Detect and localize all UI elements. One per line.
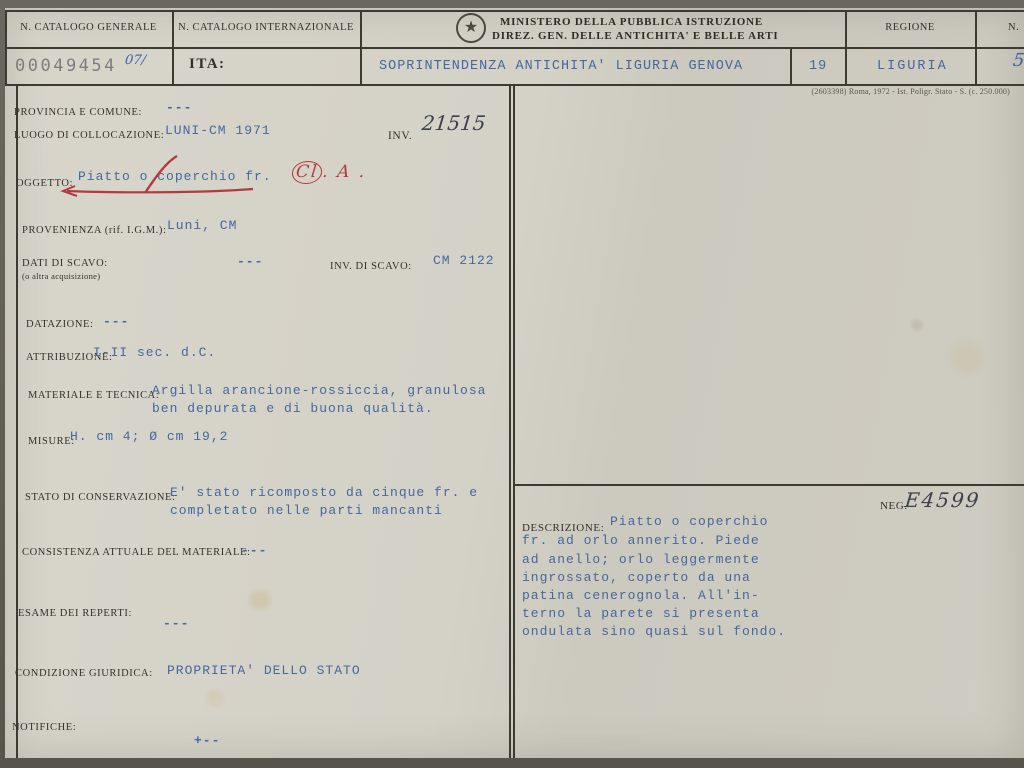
attribuzione-value: I-II sec. d.C. <box>93 345 216 360</box>
center-fold-rule-right <box>513 84 515 758</box>
datazione-label: DATAZIONE: <box>26 319 94 330</box>
red-pen-underline-and-slash <box>53 153 303 201</box>
luogo-label: LUOGO DI COLLOCAZIONE: <box>14 130 164 141</box>
dati-scavo-value: --- <box>237 254 263 269</box>
catalogo-generale-number-suffix: 07/ <box>124 53 146 68</box>
consistenza-label: CONSISTENZA ATTUALE DEL MATERIALE: <box>22 547 251 558</box>
misure-label: MISURE: <box>28 436 75 447</box>
dati-scavo-sublabel: (o altra acquisizione) <box>22 271 100 281</box>
stato-value-line1: E' stato ricomposto da cinque fr. e <box>170 485 478 500</box>
esame-reperti-value: --- <box>163 616 189 631</box>
catalogo-generale-number-stamp: 00049454 <box>15 56 117 76</box>
red-class-annotation: Cl. A . <box>291 161 368 184</box>
misure-value: H. cm 4; Ø cm 19,2 <box>70 429 228 444</box>
printer-imprint: (2603398) Roma, 1972 - Ist. Poligr. Stat… <box>812 87 1010 96</box>
materiale-label: MATERIALE E TECNICA: <box>28 390 159 401</box>
inv-label: INV. <box>388 130 412 142</box>
consistenza-value: --- <box>241 543 267 558</box>
red-annotation-rest: . A . <box>321 162 367 182</box>
header-divider-4 <box>975 10 977 84</box>
scanned-catalog-card: N. CATALOGO GENERALE 00049454 07/ N. CAT… <box>0 0 1024 768</box>
descrizione-line: ingrossato, coperto da una <box>522 570 751 585</box>
edge-column-value: 5 <box>1012 50 1024 71</box>
esame-reperti-label: ESAME DEI REPERTI: <box>18 608 132 619</box>
red-annotation-circled: Cl <box>291 161 324 184</box>
soprintendenza-code: 19 <box>809 59 827 74</box>
descrizione-line: Piatto o coperchio <box>610 514 768 529</box>
description-top-rule <box>513 484 1024 486</box>
descrizione-line: patina cenerognola. All'in- <box>522 588 760 603</box>
stato-conservazione-label: STATO DI CONSERVAZIONE: <box>25 492 176 503</box>
catalogo-internazionale-label: N. CATALOGO INTERNAZIONALE <box>172 22 360 33</box>
ministry-title-line1: MINISTERO DELLA PUBBLICA ISTRUZIONE <box>500 16 763 28</box>
inv-scavo-label: INV. DI SCAVO: <box>330 261 412 272</box>
dati-scavo-label: DATI DI SCAVO: <box>22 258 108 269</box>
materiale-value-line2: ben depurata e di buona qualità. <box>152 401 434 416</box>
center-fold-rule-left <box>509 84 511 758</box>
inv-value-handwritten: 21515 <box>421 111 487 135</box>
ministry-title-line2: DIREZ. GEN. DELLE ANTICHITA' E BELLE ART… <box>492 30 779 42</box>
header-divider-code <box>790 47 792 84</box>
neg-value-handwritten: E4599 <box>904 488 982 512</box>
luogo-value: LUNI-CM 1971 <box>165 123 271 138</box>
provincia-label: PROVINCIA E COMUNE: <box>14 107 142 118</box>
datazione-value: --- <box>103 314 129 329</box>
descrizione-line: ad anello; orlo leggermente <box>522 552 760 567</box>
header-mid-rule <box>5 47 1024 49</box>
regione-label: REGIONE <box>845 22 975 33</box>
materiale-value-line1: Argilla arancione-rossiccia, granulosa <box>152 383 486 398</box>
soprintendenza-value: SOPRINTENDENZA ANTICHITA' LIGURIA GENOVA <box>379 59 743 74</box>
inv-scavo-value: CM 2122 <box>433 253 495 268</box>
emblem-star-glyph: ★ <box>464 20 478 36</box>
condizione-giuridica-value: PROPRIETA' DELLO STATO <box>167 663 361 678</box>
header-divider-2 <box>360 10 362 84</box>
header-top-rule <box>5 10 1024 12</box>
notifiche-label: NOTIFICHE: <box>12 722 76 733</box>
edge-column-label: N. <box>1008 22 1024 33</box>
provincia-value: --- <box>166 100 192 115</box>
italy-state-emblem-icon: ★ <box>456 13 486 43</box>
catalogo-generale-label: N. CATALOGO GENERALE <box>5 22 172 33</box>
provenienza-label: PROVENIENZA (rif. I.G.M.): <box>22 225 167 236</box>
provenienza-value: Luni, CM <box>167 218 237 233</box>
regione-value: LIGURIA <box>877 59 948 74</box>
stato-value-line2: completato nelle parti mancanti <box>170 503 443 518</box>
catalogo-internazionale-value: ITA: <box>189 56 226 73</box>
descrizione-line: fr. ad orlo annerito. Piede <box>522 533 760 548</box>
condizione-giuridica-label: CONDIZIONE GIURIDICA: <box>15 668 153 679</box>
notifiche-value: +-- <box>194 733 220 748</box>
paper-card: N. CATALOGO GENERALE 00049454 07/ N. CAT… <box>5 8 1024 758</box>
descrizione-line: ondulata sino quasi sul fondo. <box>522 624 786 639</box>
descrizione-line: terno la parete si presenta <box>522 606 760 621</box>
